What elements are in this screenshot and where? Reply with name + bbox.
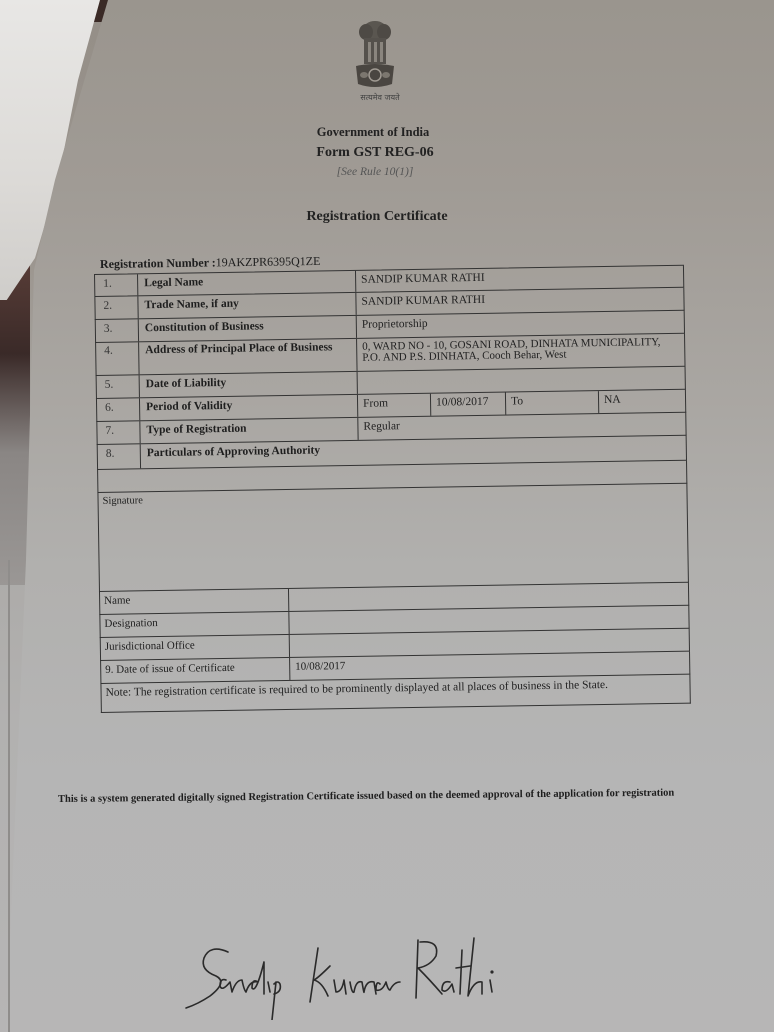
authority-label: Designation xyxy=(100,612,289,637)
row-number: 4. xyxy=(96,342,139,375)
row-label: Trade Name, if any xyxy=(138,293,356,318)
row-number: 6. xyxy=(97,398,140,421)
from-date: 10/08/2017 xyxy=(431,393,506,416)
row-label: Date of Liability xyxy=(140,372,358,397)
row-number: 5. xyxy=(97,375,140,398)
motto: सत्यमेव जयते xyxy=(340,92,420,103)
form-heading: Form GST REG-06 xyxy=(0,145,762,161)
government-heading: Government of India xyxy=(0,125,760,140)
row-label: Constitution of Business xyxy=(139,316,357,341)
row-label: Period of Validity xyxy=(140,395,358,420)
address-value: 0, WARD NO - 10, GOSANI ROAD, DINHATA MU… xyxy=(357,334,684,371)
authority-label: Name xyxy=(100,589,289,614)
signature-label: Signature xyxy=(102,495,144,588)
issue-date-label: 9. Date of issue of Certificate xyxy=(101,658,290,683)
row-label: Type of Registration xyxy=(140,418,358,443)
registration-number-label: Registration Number : xyxy=(100,255,216,271)
row-number: 3. xyxy=(96,319,139,342)
row-label: Legal Name xyxy=(138,271,356,295)
state-emblem-icon xyxy=(352,18,398,90)
row-label: Particulars of Approving Authority xyxy=(141,439,453,468)
registration-table: 1. Legal Name SANDIP KUMAR RATHI 2. Trad… xyxy=(94,265,691,713)
from-label: From xyxy=(358,394,431,417)
to-date: NA xyxy=(599,390,685,413)
authority-label: Jurisdictional Office xyxy=(101,635,290,660)
registration-number-value: 19AKZPR6395Q1ZE xyxy=(216,254,321,269)
row-number: 8. xyxy=(98,444,141,469)
registration-number: Registration Number :19AKZPR6395Q1ZE xyxy=(100,254,321,272)
handwritten-signature xyxy=(180,920,550,1020)
rule-reference: [See Rule 10(1)] xyxy=(0,166,762,178)
row-number: 2. xyxy=(95,296,138,319)
to-label: To xyxy=(506,391,599,414)
signature-box: Signature xyxy=(97,484,688,592)
row-label: Address of Principal Place of Business xyxy=(139,339,357,374)
row-number: 1. xyxy=(95,274,138,296)
certificate-title: Registration Certificate xyxy=(0,209,764,225)
row-number: 7. xyxy=(97,421,140,444)
page-edge xyxy=(8,560,10,1032)
desk-background-left xyxy=(0,255,30,585)
